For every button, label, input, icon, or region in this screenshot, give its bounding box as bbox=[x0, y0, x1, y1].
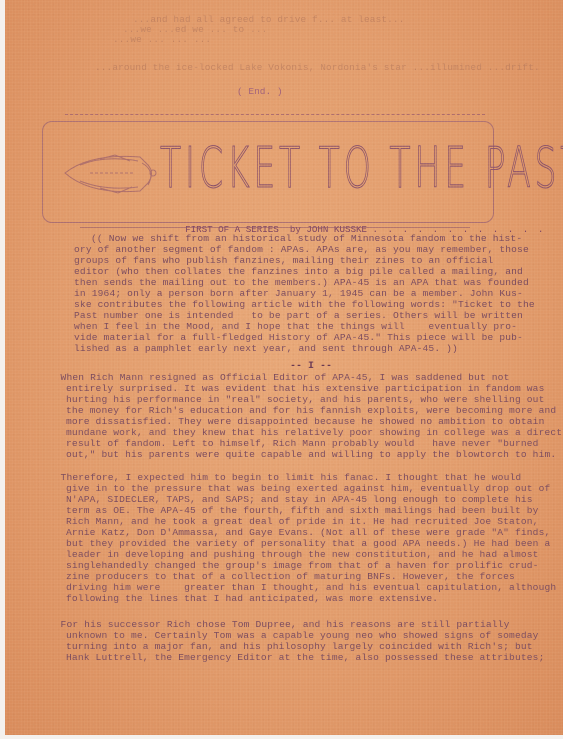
paragraph-line: When Rich Mann resigned as Official Edit… bbox=[31, 372, 509, 383]
paragraph-line: result of fandom. Left to himself, Rich … bbox=[66, 438, 539, 449]
paragraph-line: singlehandedly changed the group's image… bbox=[66, 560, 539, 571]
intro-line: editor (who then collates the fanzines i… bbox=[74, 266, 523, 277]
section-marker: -- I -- bbox=[290, 361, 332, 372]
paragraph-line: N'APA, SIDECLER, TAPS, and SAPS; and sta… bbox=[66, 494, 533, 505]
header-underline bbox=[80, 227, 470, 228]
paragraph-line: following the lines that I had anticipat… bbox=[66, 593, 438, 604]
intro-line: (( Now we shift from an historical study… bbox=[91, 233, 522, 244]
paragraph-line: more dissatisfied. They were disappointe… bbox=[66, 416, 544, 427]
faded-line: ...around the ice-locked Lake Vokonis, N… bbox=[95, 62, 540, 73]
faded-line: ...we ... ... ... bbox=[113, 34, 211, 45]
intro-line: Past number one is intended to be part o… bbox=[74, 310, 523, 321]
paragraph-line: but they provided the variety of persona… bbox=[66, 538, 550, 549]
paragraph-line: leader in developing and pushing through… bbox=[66, 549, 539, 560]
paragraph-line: term as OE. The APA-45 of the fourth, fi… bbox=[66, 505, 539, 516]
paragraph-line: unknown to me. Certainly Tom was a capab… bbox=[66, 630, 539, 641]
intro-line: in 1964; only a person born after Januar… bbox=[74, 288, 523, 299]
paragraph-line: the money for Rich's education and for h… bbox=[66, 405, 556, 416]
paragraph-line: turning into a major fan, and his philos… bbox=[66, 641, 533, 652]
intro-line: when I feel in the Mood, and I hope that… bbox=[74, 321, 517, 332]
paragraph-line: zine producers to that of a collection o… bbox=[66, 571, 515, 582]
paragraph-line: hurting his performance in "real" societ… bbox=[66, 394, 544, 405]
intro-line: vide material for a full-fledged History… bbox=[74, 332, 523, 343]
paragraph-line: give in to the pressure that was being e… bbox=[66, 483, 550, 494]
paragraph-line: Rich Mann, and he took a great deal of p… bbox=[66, 516, 539, 527]
paragraph-line: For his successor Rich chose Tom Dupree,… bbox=[31, 619, 509, 630]
intro-line: ske contributes the following article wi… bbox=[74, 299, 535, 310]
paragraph-line: out," but his parents were quite capable… bbox=[66, 449, 556, 460]
ticket-logo-icon bbox=[60, 143, 160, 201]
paragraph-line: Hank Luttrell, the Emergency Editor at t… bbox=[66, 652, 544, 663]
paragraph-line: entirely surprised. It was evident that … bbox=[66, 383, 544, 394]
page-title: TICKET TO THE PAST bbox=[160, 141, 563, 197]
document-page: ...and had all agreed to drive f... at l… bbox=[5, 0, 563, 735]
paragraph-line: driving him were greater than I thought,… bbox=[66, 582, 556, 593]
paragraph-line: Therefore, I expected him to begin to li… bbox=[31, 472, 521, 483]
end-mark: ( End. ) bbox=[237, 86, 283, 97]
paragraph-line: Arnie Katz, Don D'Ammassa, and Gaye Evan… bbox=[66, 527, 550, 538]
dashed-divider bbox=[65, 114, 485, 115]
intro-line: lished as a pamphlet early next year, an… bbox=[74, 343, 458, 354]
intro-line: groups of fans who publish fanzines, mai… bbox=[74, 255, 493, 266]
intro-line: then sends the mailing out to the member… bbox=[74, 277, 529, 288]
intro-line: ory of another segment of fandom : APAs.… bbox=[74, 244, 529, 255]
paragraph-line: mundane work, and they knew that his rel… bbox=[66, 427, 562, 438]
